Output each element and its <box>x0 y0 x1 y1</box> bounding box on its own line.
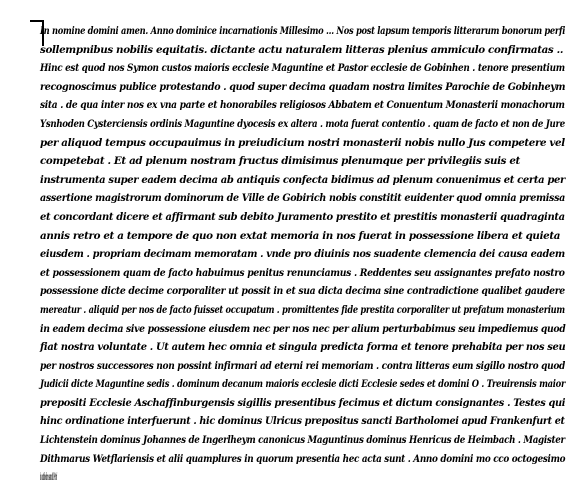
text-line: et concordant dicere et affirmant sub de… <box>40 208 548 227</box>
text-line: Dithmarus Wetflariensis et alii quamplur… <box>40 450 490 469</box>
text-line: prepositi Ecclesie Aschaffinburgensis si… <box>40 394 540 413</box>
text-line: et possessionem quam de facto habuimus p… <box>40 264 512 283</box>
text-line: in eadem decima sive possessione eiusdem… <box>40 320 511 339</box>
text-line: hinc ordinatione interfuerunt . hic domi… <box>40 412 530 431</box>
text-line: mereatur . aliquid per nos de facto fuis… <box>40 301 460 320</box>
text-line: in cathedra sancti Petri <box>40 468 110 483</box>
text-line: sita . de qua inter nos ex vna parte et … <box>40 96 501 115</box>
text-line: Ysnhoden Cysterciensis ordinis Maguntine… <box>40 115 478 134</box>
text-line: per aliquod tempus occupauimus in preiud… <box>40 134 563 153</box>
text-line: competebat . Et ad plenum nostram fructu… <box>40 152 565 171</box>
manuscript-page: In nomine domini amen. Anno dominice inc… <box>0 0 587 483</box>
text-line: In nomine domini amen. Anno dominice inc… <box>40 22 463 41</box>
text-line: Lichtenstein dominus Johannes de Ingerlh… <box>40 431 484 450</box>
text-line: eiusdem . propriam decimam memoratam . v… <box>40 245 537 264</box>
text-line: instrumenta super eadem decima ab antiqu… <box>40 171 549 190</box>
text-line: annis retro et a tempore de quo non exta… <box>40 227 565 246</box>
text-line: Hinc est quod nos Symon custos maioris e… <box>40 59 490 78</box>
manuscript-text: In nomine domini amen. Anno dominice inc… <box>40 22 570 483</box>
text-line: possessione dicte decime corporaliter ut… <box>40 282 512 301</box>
text-line: fiat nostra voluntate . Ut autem hec omn… <box>40 338 544 357</box>
text-line: recognoscimus publice protestando . quod… <box>40 78 526 97</box>
text-line: Judicii dicte Maguntine sedis . dominum … <box>40 375 466 394</box>
text-line: sollempnibus nobilis equitatis. dictante… <box>40 41 565 60</box>
text-line: assertione magistrorum dominorum de Vill… <box>40 189 526 208</box>
text-line: per nostros successores non possint infi… <box>40 357 498 376</box>
